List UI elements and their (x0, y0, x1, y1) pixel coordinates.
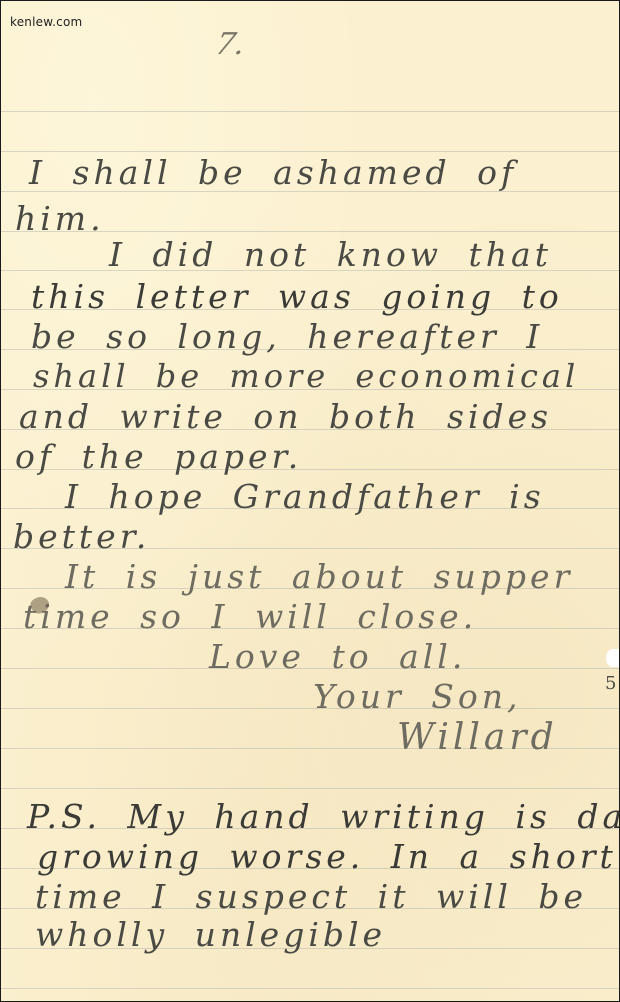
letter-line: time so I will close. (23, 597, 477, 636)
letter-line: better. (13, 517, 150, 556)
postscript-line: wholly unlegible (35, 915, 386, 954)
watermark: kenlew.com (10, 15, 82, 29)
edge-mark: 5 (605, 673, 616, 694)
letter-line: I hope Grandfather is (65, 477, 545, 516)
letter-line: shall be more economical (33, 357, 579, 395)
valediction: Your Son, (313, 677, 522, 716)
ruled-line (1, 708, 619, 709)
postscript-line: growing worse. In a short (37, 837, 617, 876)
letter-line: I shall be ashamed of (29, 153, 517, 192)
ruled-line (1, 111, 619, 112)
postscript-line: time I suspect it will be (35, 877, 587, 916)
postscript-line: P.S. My hand writing is daily (27, 797, 620, 836)
page-number: 7. (212, 27, 248, 62)
letter-line: this letter was going to (31, 277, 563, 316)
letter-line: It is just about supper (65, 557, 573, 596)
ruled-line (1, 788, 619, 789)
letter-line: be so long, hereafter I (31, 317, 543, 356)
signature: Willard (397, 717, 558, 758)
closing: Love to all. (209, 637, 466, 676)
letter-page: kenlew.com 7. I shall be ashamed of him.… (0, 0, 620, 1002)
letter-line: of the paper. (15, 437, 302, 476)
letter-line: him. (15, 199, 105, 238)
paper-tear (606, 649, 619, 667)
ruled-line (1, 988, 619, 989)
letter-line: and write on both sides (19, 397, 552, 436)
ruled-line (1, 151, 619, 152)
letter-line: I did not know that (109, 235, 552, 274)
